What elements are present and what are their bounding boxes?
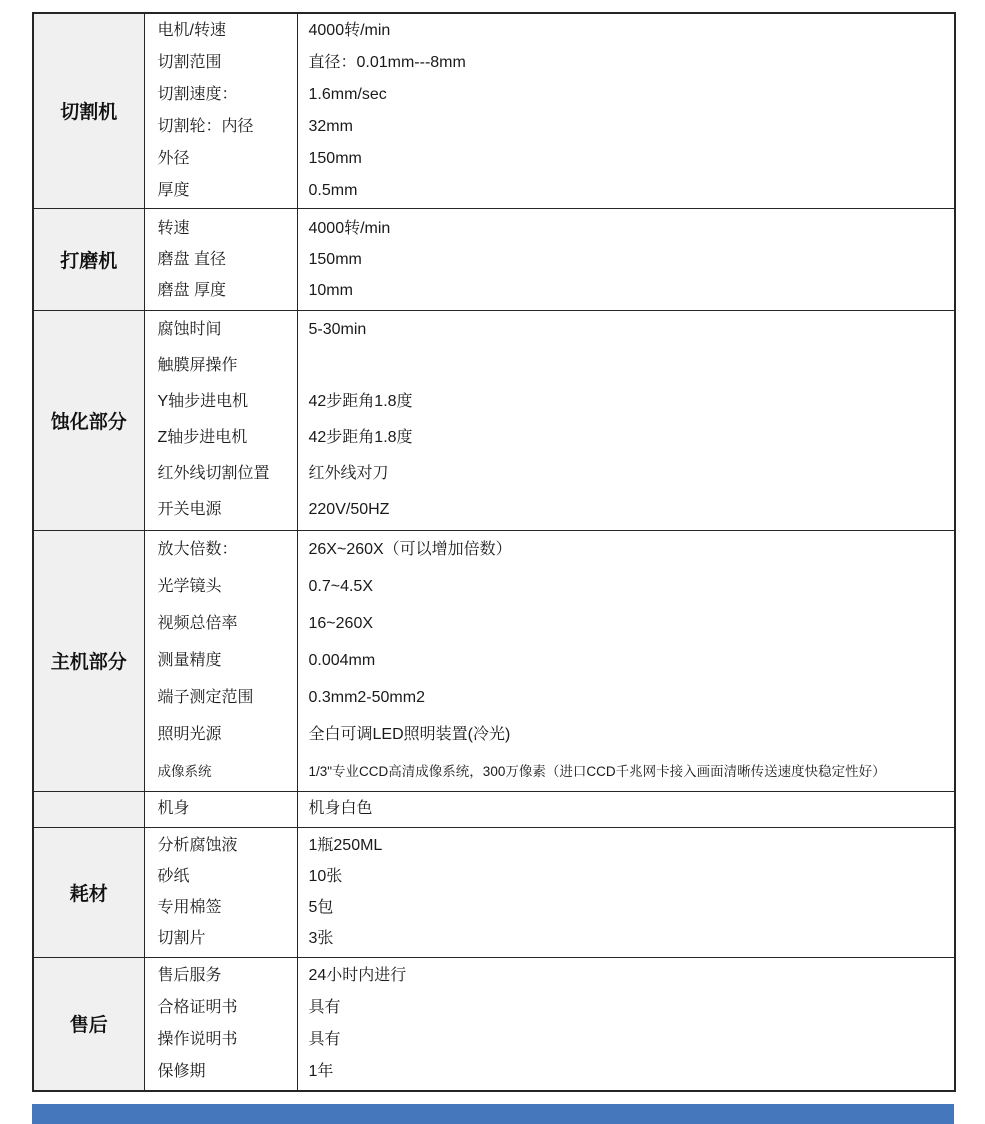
section-row: 蚀化部分腐蚀时间触膜屏操作Y轴步进电机Z轴步进电机红外线切割位置开关电源5-30…	[33, 310, 955, 530]
value-column-cell: 1瓶250ML10张5包3张	[297, 827, 955, 957]
label-column-cell: 转速磨盘 直径磨盘 厚度	[144, 208, 297, 310]
spec-label: 切割速度：	[145, 79, 297, 111]
spec-value	[298, 348, 955, 384]
spec-value: 0.004mm	[298, 642, 955, 679]
spec-value: 220V/50HZ	[298, 492, 955, 528]
spec-table-body: 切割机电机/转速切割范围切割速度：切割轮：内径外径厚度4000转/min直径：0…	[33, 13, 955, 1091]
spec-label: 端子测定范围	[145, 679, 297, 716]
label-column-cell: 分析腐蚀液砂纸专用棉签切割片	[144, 827, 297, 957]
section-header: 切割机	[33, 13, 144, 208]
label-column-cell: 售后服务合格证明书操作说明书保修期	[144, 957, 297, 1091]
spec-value: 24小时内进行	[298, 960, 955, 992]
spec-label: 磨盘 直径	[145, 244, 297, 275]
label-column-cell: 电机/转速切割范围切割速度：切割轮：内径外径厚度	[144, 13, 297, 208]
spec-label: 触膜屏操作	[145, 348, 297, 384]
spec-value: 1年	[298, 1056, 955, 1088]
footer-accent-bar	[32, 1104, 954, 1124]
spec-value: 0.3mm2-50mm2	[298, 679, 955, 716]
spec-label: 光学镜头	[145, 568, 297, 605]
label-column-cell: 腐蚀时间触膜屏操作Y轴步进电机Z轴步进电机红外线切割位置开关电源	[144, 310, 297, 530]
spec-value: 机身白色	[298, 793, 955, 825]
spec-value: 32mm	[298, 111, 955, 143]
spec-sheet-page: 切割机电机/转速切割范围切割速度：切割轮：内径外径厚度4000转/min直径：0…	[0, 0, 985, 1124]
spec-label: 厚度	[145, 175, 297, 207]
label-column-cell: 机身	[144, 791, 297, 827]
spec-value: 26X~260X（可以增加倍数）	[298, 531, 955, 568]
spec-value: 0.7~4.5X	[298, 568, 955, 605]
spec-value: 1瓶250ML	[298, 830, 955, 861]
spec-label: Y轴步进电机	[145, 384, 297, 420]
spec-label: 售后服务	[145, 960, 297, 992]
spec-value: 42步距角1.8度	[298, 420, 955, 456]
spec-label: 视频总倍率	[145, 605, 297, 642]
section-header: 售后	[33, 957, 144, 1091]
section-row: 主机部分放大倍数：光学镜头视频总倍率测量精度端子测定范围照明光源成像系统26X~…	[33, 530, 955, 791]
value-column-cell: 5-30min42步距角1.8度42步距角1.8度红外线对刀220V/50HZ	[297, 310, 955, 530]
value-column-cell: 机身白色	[297, 791, 955, 827]
spec-value: 150mm	[298, 143, 955, 175]
label-column-cell: 放大倍数：光学镜头视频总倍率测量精度端子测定范围照明光源成像系统	[144, 530, 297, 791]
section-row: 机身机身白色	[33, 791, 955, 827]
spec-label: 机身	[145, 793, 297, 825]
spec-label: 操作说明书	[145, 1024, 297, 1056]
spec-label: 放大倍数：	[145, 531, 297, 568]
section-row: 售后售后服务合格证明书操作说明书保修期24小时内进行具有具有1年	[33, 957, 955, 1091]
spec-value: 1/3"专业CCD高清成像系统，300万像素（进口CCD千兆网卡接入画面清晰传送…	[298, 753, 955, 790]
spec-label: 照明光源	[145, 716, 297, 753]
spec-value: 直径：0.01mm---8mm	[298, 47, 955, 79]
spec-label: Z轴步进电机	[145, 420, 297, 456]
spec-label: 成像系统	[145, 753, 297, 790]
spec-label: 砂纸	[145, 861, 297, 892]
spec-value: 10张	[298, 861, 955, 892]
spec-value: 5-30min	[298, 312, 955, 348]
value-column-cell: 4000转/min直径：0.01mm---8mm1.6mm/sec32mm150…	[297, 13, 955, 208]
value-column-cell: 4000转/min150mm10mm	[297, 208, 955, 310]
spec-value: 4000转/min	[298, 15, 955, 47]
spec-label: 测量精度	[145, 642, 297, 679]
spec-value: 具有	[298, 1024, 955, 1056]
spec-label: 开关电源	[145, 492, 297, 528]
spec-label: 切割轮：内径	[145, 111, 297, 143]
spec-label: 切割片	[145, 923, 297, 954]
spec-label: 电机/转速	[145, 15, 297, 47]
spec-value: 4000转/min	[298, 213, 955, 244]
spec-label: 专用棉签	[145, 892, 297, 923]
spec-label: 分析腐蚀液	[145, 830, 297, 861]
value-column-cell: 24小时内进行具有具有1年	[297, 957, 955, 1091]
spec-value: 1.6mm/sec	[298, 79, 955, 111]
spec-value: 具有	[298, 992, 955, 1024]
section-row: 耗材分析腐蚀液砂纸专用棉签切割片1瓶250ML10张5包3张	[33, 827, 955, 957]
spec-label: 合格证明书	[145, 992, 297, 1024]
spec-value: 16~260X	[298, 605, 955, 642]
spec-label: 腐蚀时间	[145, 312, 297, 348]
section-row: 切割机电机/转速切割范围切割速度：切割轮：内径外径厚度4000转/min直径：0…	[33, 13, 955, 208]
spec-label: 外径	[145, 143, 297, 175]
spec-table: 切割机电机/转速切割范围切割速度：切割轮：内径外径厚度4000转/min直径：0…	[32, 12, 956, 1092]
section-header	[33, 791, 144, 827]
spec-value: 0.5mm	[298, 175, 955, 207]
spec-label: 转速	[145, 213, 297, 244]
section-header: 打磨机	[33, 208, 144, 310]
spec-value: 150mm	[298, 244, 955, 275]
spec-value: 42步距角1.8度	[298, 384, 955, 420]
section-header: 耗材	[33, 827, 144, 957]
section-row: 打磨机转速磨盘 直径磨盘 厚度4000转/min150mm10mm	[33, 208, 955, 310]
spec-label: 磨盘 厚度	[145, 275, 297, 306]
spec-value: 5包	[298, 892, 955, 923]
spec-label: 红外线切割位置	[145, 456, 297, 492]
spec-value: 全白可调LED照明装置(冷光)	[298, 716, 955, 753]
spec-label: 切割范围	[145, 47, 297, 79]
section-header: 主机部分	[33, 530, 144, 791]
spec-label: 保修期	[145, 1056, 297, 1088]
value-column-cell: 26X~260X（可以增加倍数）0.7~4.5X16~260X0.004mm0.…	[297, 530, 955, 791]
spec-value: 10mm	[298, 275, 955, 306]
spec-value: 红外线对刀	[298, 456, 955, 492]
section-header: 蚀化部分	[33, 310, 144, 530]
spec-value: 3张	[298, 923, 955, 954]
